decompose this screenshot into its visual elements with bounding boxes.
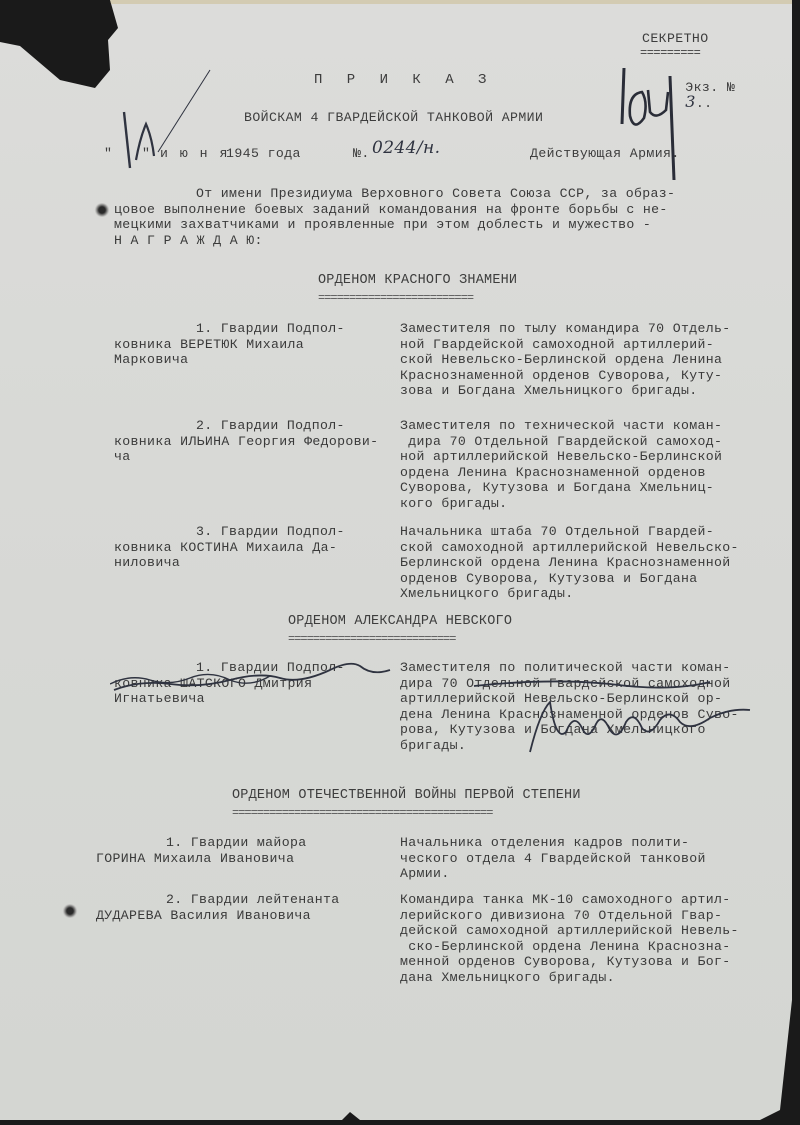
preamble-line-3: мецкими захватчиками и проявленные при э…	[114, 217, 675, 233]
position-line: Краснознаменной орденов Суворова, Куту-	[400, 368, 795, 384]
classification-label: СЕКРЕТНО	[642, 32, 709, 45]
section-3-entry-1-recipient: 1. Гвардии майора ГОРИНА Михаила Иванови…	[96, 835, 386, 866]
recipient-line: ковника ВЕРЕТЮК Михаила	[114, 337, 404, 353]
recipient-line: ковника ИЛЬИНА Георгия Федорови-	[114, 434, 404, 450]
position-line: дена Ленина Краснознаменной орденов Суво…	[400, 707, 795, 723]
section-2-entry-1-position: Заместителя по политической части коман-…	[400, 660, 795, 754]
position-line: Армии.	[400, 866, 795, 882]
position-line: бригады.	[400, 738, 795, 754]
recipient-line: ДУДАРЕВА Василия Ивановича	[96, 908, 386, 924]
section-1-title: ОРДЕНОМ КРАСНОГО ЗНАМЕНИ	[318, 274, 517, 288]
punch-hole-bottom	[62, 904, 78, 918]
section-3-title: ОРДЕНОМ ОТЕЧЕСТВЕННОЙ ВОЙНЫ ПЕРВОЙ СТЕПЕ…	[232, 789, 581, 803]
position-line: ско-Берлинской ордена Ленина Краснозна-	[400, 939, 795, 955]
section-3-entry-2-recipient: 2. Гвардии лейтенанта ДУДАРЕВА Василия И…	[96, 892, 386, 923]
page-top-edge	[110, 0, 792, 4]
section-1-entry-1-position: Заместителя по тылу командира 70 Отдель-…	[400, 321, 795, 399]
section-1-entry-1-recipient: 1. Гвардии Подпол- ковника ВЕРЕТЮК Михаи…	[114, 321, 404, 368]
preamble-line-4: Н А Г Р А Ж Д А Ю:	[114, 233, 675, 249]
position-line: Берлинской ордена Ленина Краснознаменной	[400, 555, 795, 571]
position-line: артиллерийской Невельско-Берлинской ор-	[400, 691, 795, 707]
position-line: дана Хмельницкого бригады.	[400, 970, 795, 986]
classification-rule: =========	[640, 47, 700, 59]
recipient-line: 2. Гвардии лейтенанта	[96, 892, 386, 908]
position-line: менной орденов Суворова, Кутузова и Бог-	[400, 954, 795, 970]
position-line: Заместителя по тылу командира 70 Отдель-	[400, 321, 795, 337]
recipient-line: 3. Гвардии Подпол-	[114, 524, 404, 540]
position-line: орденов Суворова, Кутузова и Богдана	[400, 571, 795, 587]
section-1-entry-3-recipient: 3. Гвардии Подпол- ковника КОСТИНА Михаи…	[114, 524, 404, 571]
location: Действующая Армия.	[530, 147, 680, 160]
recipient-line: Игнатьевича	[114, 691, 404, 707]
recipient-line: ГОРИНА Михаила Ивановича	[96, 851, 386, 867]
preamble-line-1: От имени Президиума Верховного Совета Со…	[114, 186, 675, 202]
position-line: дира 70 Отдельной Гвардейской самоходной	[400, 676, 795, 692]
position-line: лерийского дивизиона 70 Отдельной Гвар-	[400, 908, 795, 924]
recipient-line: ковника КОСТИНА Михаила Да-	[114, 540, 404, 556]
copy-number: 3	[685, 92, 696, 111]
position-line: дира 70 Отдельной Гвардейской самоход-	[400, 434, 795, 450]
position-line: ческого отдела 4 Гвардейской танковой	[400, 851, 795, 867]
date-month: и ю н я	[160, 147, 229, 160]
document-title: П Р И К А З	[314, 73, 494, 87]
position-line: Заместителя по технической части коман-	[400, 418, 795, 434]
section-1-entry-3-position: Начальника штаба 70 Отдельной Гвардей- с…	[400, 524, 795, 602]
recipient-line: 2. Гвардии Подпол-	[114, 418, 404, 434]
position-line: Заместителя по политической части коман-	[400, 660, 795, 676]
recipient-line: ковника ШАТСКОГО Дмитрия	[114, 676, 404, 692]
position-line: рова, Кутузова и Богдана Хмельницкого	[400, 722, 795, 738]
punch-hole-top	[94, 203, 110, 217]
date-quote-close: "	[142, 147, 150, 160]
position-line: ордена Ленина Краснознаменной орденов	[400, 465, 795, 481]
preamble: От имени Президиума Верховного Совета Со…	[114, 186, 675, 248]
copy-number-line: Экз. № 3..	[652, 68, 735, 124]
order-number: 0244/н.	[372, 140, 440, 157]
section-2-rule: ===========================	[288, 633, 455, 645]
copy-suffix: ..	[696, 96, 713, 111]
recipient-line: ча	[114, 449, 404, 465]
position-line: зова и Богдана Хмельницкого бригады.	[400, 383, 795, 399]
position-line: ной артиллерийской Невельско-Берлинской	[400, 449, 795, 465]
position-line: Начальника отделения кадров полити-	[400, 835, 795, 851]
section-3-entry-1-position: Начальника отделения кадров полити- ческ…	[400, 835, 795, 882]
position-line: ской самоходной артиллерийской Невельско…	[400, 540, 795, 556]
date-year: 1945 года	[226, 147, 301, 160]
section-1-rule: =========================	[318, 292, 473, 304]
position-line: дейской самоходной артиллерийской Невель…	[400, 923, 795, 939]
section-2-entry-1-recipient: 1. Гвардии Подпол- ковника ШАТСКОГО Дмит…	[114, 660, 404, 707]
section-3-rule: ========================================…	[232, 807, 492, 819]
section-3-entry-2-position: Командира танка МК-10 самоходного артил-…	[400, 892, 795, 986]
preamble-line-2: цовое выполнение боевых заданий командов…	[114, 202, 675, 218]
recipient-line: Марковича	[114, 352, 404, 368]
position-line: Суворова, Кутузова и Богдана Хмельниц-	[400, 480, 795, 496]
section-2-title: ОРДЕНОМ АЛЕКСАНДРА НЕВСКОГО	[288, 615, 512, 629]
document-subtitle: ВОЙСКАМ 4 ГВАРДЕЙСКОЙ ТАНКОВОЙ АРМИИ	[244, 111, 543, 124]
section-1-entry-2-position: Заместителя по технической части коман- …	[400, 418, 795, 512]
section-1-entry-2-recipient: 2. Гвардии Подпол- ковника ИЛЬИНА Георги…	[114, 418, 404, 465]
position-line: Хмельницкого бригады.	[400, 586, 795, 602]
position-line: ной Гвардейской самоходной артиллерий-	[400, 337, 795, 353]
document-page: СЕКРЕТНО ========= Экз. № 3.. П Р И К А …	[0, 0, 792, 1120]
position-line: кого бригады.	[400, 496, 795, 512]
recipient-line: 1. Гвардии Подпол-	[114, 321, 404, 337]
recipient-line: 1. Гвардии Подпол-	[114, 660, 404, 676]
position-line: Командира танка МК-10 самоходного артил-	[400, 892, 795, 908]
recipient-line: 1. Гвардии майора	[96, 835, 386, 851]
position-line: Начальника штаба 70 Отдельной Гвардей-	[400, 524, 795, 540]
position-line: ской Невельско-Берлинской ордена Ленина	[400, 352, 795, 368]
recipient-line: ниловича	[114, 555, 404, 571]
order-prefix: №.	[353, 147, 370, 160]
date-quote-open: "	[104, 147, 112, 160]
